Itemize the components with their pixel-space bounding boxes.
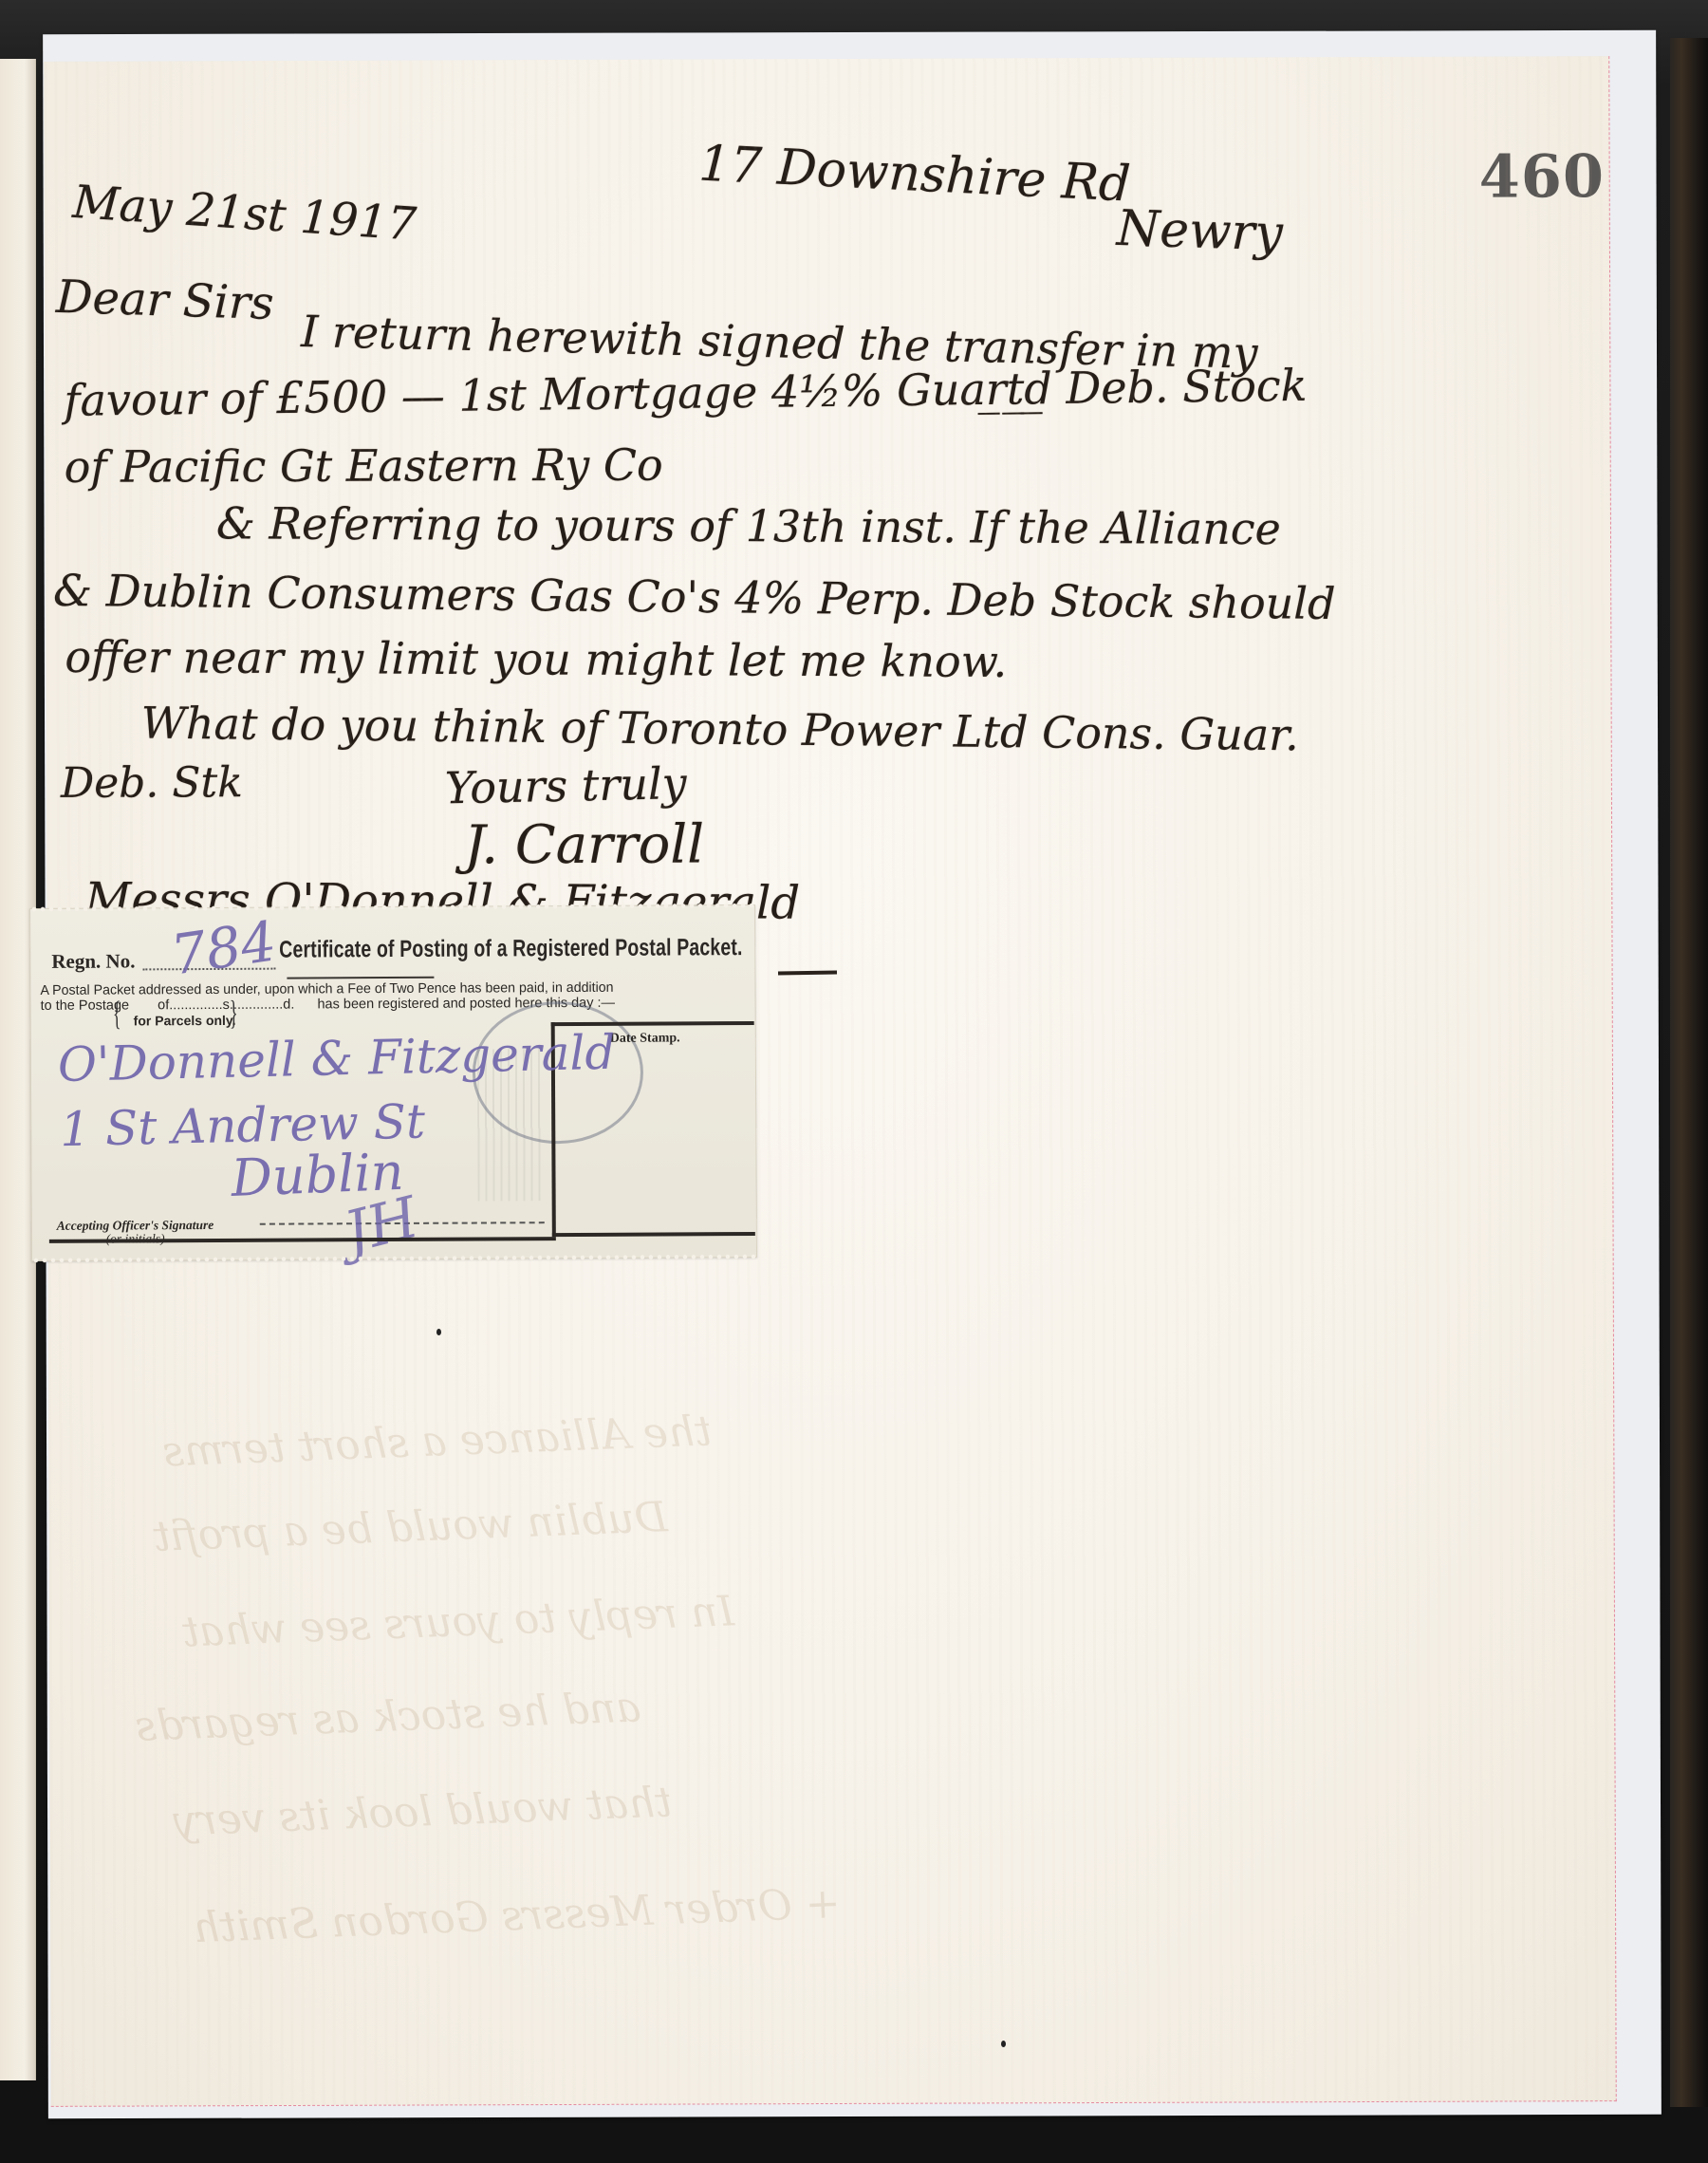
body-line-7: What do you think of Toronto Power Ltd C… xyxy=(140,698,1299,761)
body-line-8: Deb. Stk xyxy=(61,758,243,808)
ink-speck xyxy=(1001,2041,1006,2047)
closing: Yours truly xyxy=(444,757,687,813)
folio-number: 460 xyxy=(1479,141,1606,211)
certificate-body-line-1: A Postal Packet addressed as under, upon… xyxy=(40,979,733,998)
parcels-note: for Parcels only. xyxy=(134,1013,236,1029)
body-line-4: & Referring to yours of 13th inst. If th… xyxy=(216,497,1281,554)
show-through-text: the Alliance a short terms xyxy=(162,1407,713,1476)
body-line-2: favour of £500 — 1st Mortgage 4½% Guar̲t… xyxy=(64,360,1308,426)
signature: J. Carroll xyxy=(464,813,704,876)
regn-number: 784 xyxy=(167,908,280,987)
postal-certificate: Regn. No. 784 Certificate of Posting of … xyxy=(29,904,757,1261)
book-binding-edge xyxy=(1670,38,1708,2107)
sender-address-street: 17 Downshire Rd xyxy=(697,136,1131,214)
show-through-text: Dublin would be a profit xyxy=(153,1493,669,1561)
left-brace: { xyxy=(113,997,121,1031)
letter-date: May 21st 1917 xyxy=(71,176,418,252)
date-stamp-label: Date Stamp. xyxy=(610,1031,680,1046)
regn-label: Regn. No. xyxy=(51,949,135,973)
postage-fields: of..............s..............d. xyxy=(158,998,294,1014)
show-through-text: and he stock as regards xyxy=(135,1683,642,1750)
sender-address-town: Newry xyxy=(1116,200,1284,262)
title-underline xyxy=(287,977,434,979)
body-line-5: & Dublin Consumers Gas Co's 4% Perp. Deb… xyxy=(53,565,1336,629)
certificate-title: Certificate of Posting of a Registered P… xyxy=(279,934,742,964)
show-through-text: + Order Messrs Gordon Smith xyxy=(192,1879,841,1952)
body-line-6: offer near my limit you might let me kno… xyxy=(65,631,1007,687)
ink-speck xyxy=(436,1329,441,1335)
body-line-3: of Pacific Gt Eastern Ry Co xyxy=(65,439,663,493)
show-through-text: In reply to yours see what xyxy=(181,1587,734,1656)
salutation: Dear Sirs xyxy=(55,270,274,330)
show-through-text: that would look its very xyxy=(173,1778,673,1845)
